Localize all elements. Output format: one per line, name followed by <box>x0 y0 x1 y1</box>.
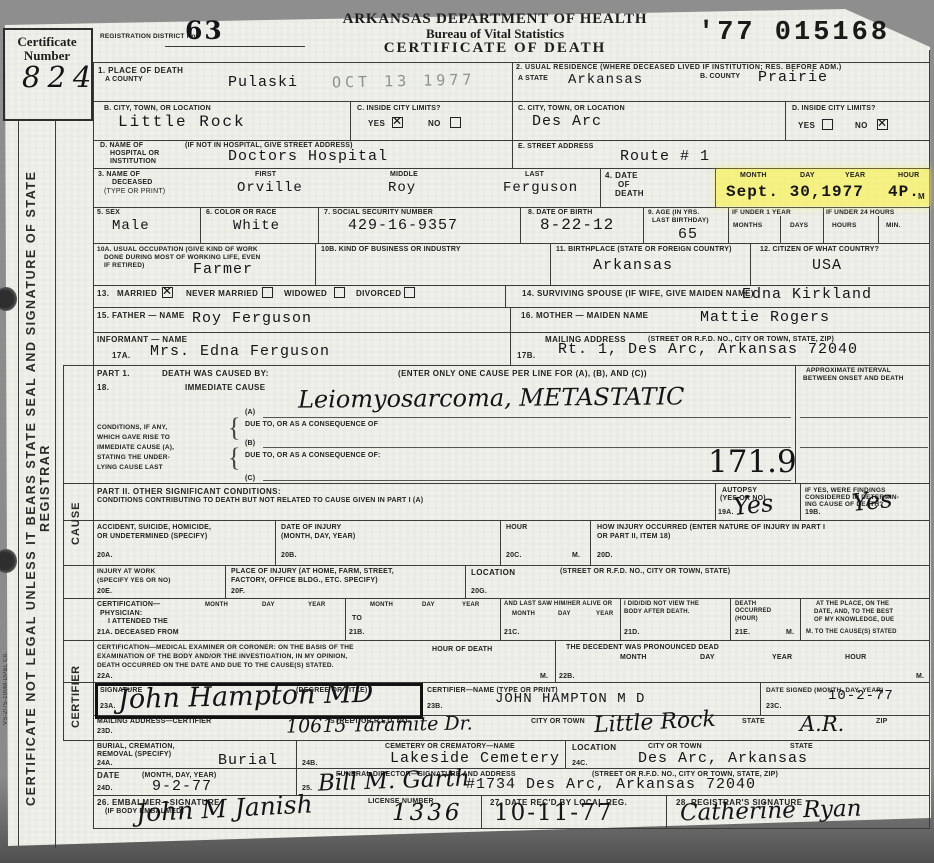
part1-due-to-label: DUE TO, OR AS A CONSEQUENCE OF <box>245 421 378 429</box>
s13-divorced-label: DIVORCED <box>356 289 401 298</box>
s11-birthplace-value: Arkansas <box>593 257 673 274</box>
s21c-number: 21C. <box>504 629 520 637</box>
s20e-label: (SPECIFY YES OR NO) <box>97 577 171 585</box>
s1a-label: A COUNTY <box>105 76 143 84</box>
s8-dob-value: 8-22-12 <box>540 216 614 234</box>
s3-last-label: LAST <box>525 171 544 179</box>
s17b-mailing-value: Rt. 1, Des Arc, Arkansas 72040 <box>558 341 858 358</box>
s21b-number: 21B. <box>349 629 365 637</box>
s14-label: 14. SURVIVING SPOUSE (IF WIFE, GIVE MAID… <box>522 289 754 298</box>
embalmer-license-handwritten: 1336 <box>392 800 463 826</box>
s20g-label: LOCATION <box>471 568 515 577</box>
s24c-number: 24C. <box>572 760 588 768</box>
s22a-label: DEATH OCCURRED ON THE DATE AND DUE TO TH… <box>97 662 334 670</box>
s9-age-value: 65 <box>678 226 698 243</box>
autopsy-value-handwritten: Yes <box>732 489 775 521</box>
part1-conditions-note: IMMEDIATE CAUSE (A), <box>97 444 174 452</box>
s17a-number: 17A. <box>112 351 131 360</box>
part1-interval-label: APPROXIMATE INTERVAL <box>806 367 891 375</box>
s10a-label: 10A. USUAL OCCUPATION (GIVE KIND OF WORK <box>97 246 258 254</box>
s22a-label: EXAMINATION OF THE BODY AND/OR THE INVES… <box>97 653 347 661</box>
s11-label: 11. BIRTHPLACE (STATE OR FOREIGN COUNTRY… <box>556 246 732 254</box>
s2b-county-value: Prairie <box>758 69 828 86</box>
s9-under1-label: IF UNDER 1 YEAR <box>732 209 791 217</box>
s9-under24-label: IF UNDER 24 HOURS <box>826 209 894 217</box>
s4-year-label: YEAR <box>845 172 865 180</box>
s21-to-label: TO <box>352 615 362 623</box>
autopsy-number: 19A. <box>718 509 734 517</box>
s5-label: 5. SEX <box>97 209 120 217</box>
s21-right-note: M. TO THE CAUSE(S) STATED <box>806 629 897 636</box>
s23-degree-label: (DEGREE OR TITLE) <box>296 687 367 695</box>
s21-right-note: OF MY KNOWLEDGE, DUE <box>814 617 894 624</box>
s2a-label: A STATE <box>518 75 548 83</box>
part1-interval-label: BETWEEN ONSET AND DEATH <box>803 375 904 383</box>
s2d-yes-label: YES <box>798 121 815 130</box>
funeral-director-address-value: #1734 Des Arc, Arkansas 72040 <box>466 776 756 793</box>
s9-hours-label: HOURS <box>832 222 856 230</box>
hole-punch <box>0 287 17 311</box>
cause-section-label: CAUSE <box>70 425 82 545</box>
findings-number: 19B. <box>805 509 821 517</box>
s1c-yes-checkbox-checked: ✕ <box>392 117 403 128</box>
cemetery-location-value: Des Arc, Arkansas <box>638 750 808 767</box>
part1-conditions-note: WHICH GAVE RISE TO <box>97 434 170 442</box>
s23a-number: 23A. <box>100 703 116 711</box>
s13-never-married-label: NEVER MARRIED <box>186 289 258 298</box>
s3-middle-label: MIDDLE <box>390 171 418 179</box>
s22b-label: THE DECEDENT WAS PRONOUNCED DEAD <box>566 644 719 652</box>
s22-meridiem: M. <box>540 673 548 681</box>
s24c-location-label: LOCATION <box>572 743 616 752</box>
s4-hour-label: HOUR <box>898 172 919 180</box>
s22-year-label: YEAR <box>772 654 792 662</box>
s20d-number: 20D. <box>597 552 613 560</box>
cause-a-handwritten-value: Leiomyosarcoma, METASTATIC <box>298 382 685 413</box>
s2c-city-value: Des Arc <box>532 113 602 130</box>
s21-day-label: DAY <box>262 602 275 609</box>
s4-hour-value: 4P. <box>888 183 920 201</box>
s4-day-label: DAY <box>800 172 815 180</box>
s21-month-label: MONTH <box>370 602 393 609</box>
s24d-date-label: DATE <box>97 771 120 780</box>
s4-date-value: Sept. 30,1977 <box>726 183 864 201</box>
s22-hour-label: HOUR <box>845 654 866 662</box>
burial-type-value: Burial <box>218 752 278 769</box>
s1a-county-value: Pulaski <box>228 74 298 91</box>
s10b-label: 10B. KIND OF BUSINESS OR INDUSTRY <box>321 246 461 254</box>
s21d-label: BODY AFTER DEATH. <box>624 609 690 616</box>
s20c-meridiem: M. <box>572 552 580 560</box>
s20b-label: DATE OF INJURY <box>281 524 341 532</box>
s23d-number: 23D. <box>97 728 113 736</box>
s3-title-note: (TYPE OR PRINT) <box>104 188 165 196</box>
s24a-label: REMOVAL (SPECIFY) <box>97 751 171 759</box>
registration-district-label: REGISTRATION DISTRICT No. <box>100 33 198 41</box>
s20c-number: 20C. <box>506 552 522 560</box>
part2-title: PART II. OTHER SIGNIFICANT CONDITIONS: <box>97 487 281 496</box>
s21a-number: 21A. DECEASED FROM <box>97 629 179 637</box>
s21-right-note: AT THE PLACE, ON THE <box>816 601 889 608</box>
s17b-number: 17B. <box>517 351 536 360</box>
s3-title: DECEASED <box>112 179 153 187</box>
s6-race-value: White <box>233 218 280 234</box>
s3-middle-value: Roy <box>388 180 416 196</box>
s9-label: 9. AGE (IN YRS. <box>648 209 699 217</box>
s1c-no-label: NO <box>428 119 441 128</box>
s12-citizen-value: USA <box>812 257 842 274</box>
s22-day-label: DAY <box>700 654 715 662</box>
s21e-number: 21E. <box>735 629 750 637</box>
s20b-number: 20B. <box>281 552 297 560</box>
s9-min-label: MIN. <box>886 222 901 230</box>
s21-cert-label: CERTIFICATION— <box>97 601 160 609</box>
s24a-number: 24A. <box>97 760 113 768</box>
s1c-label: C. INSIDE CITY LIMITS? <box>357 105 441 113</box>
part1-item-number: 18. <box>97 383 109 392</box>
s3-first-value: Orville <box>237 180 303 196</box>
s2d-no-checkbox-checked: ✕ <box>877 119 888 130</box>
s6-label: 6. COLOR OR RACE <box>206 209 276 217</box>
s16-mother-value: Mattie Rogers <box>700 309 830 326</box>
s20c-label: HOUR <box>506 524 527 532</box>
s13-widowed-label: WIDOWED <box>284 289 327 298</box>
s21e-label: OCCURRED <box>735 608 771 615</box>
s20a-number: 20A. <box>97 552 113 560</box>
funeral-director-signature-handwritten: Bill M. Garth <box>318 765 470 796</box>
s20g-note: (STREET OR R.F.D. NO., CITY OR TOWN, STA… <box>560 568 730 576</box>
s21-month-label: MONTH <box>512 611 535 618</box>
s21e-meridiem: M. <box>786 629 794 637</box>
s17a-informant-value: Mrs. Edna Ferguson <box>150 343 330 360</box>
s20b-label: (MONTH, DAY, YEAR) <box>281 533 355 541</box>
s13-divorced-checkbox <box>404 287 415 298</box>
brace-glyph: { <box>228 443 240 473</box>
s21-day-label: DAY <box>422 602 435 609</box>
s24b-number: 24B. <box>302 760 318 768</box>
s2d-no-label: NO <box>855 121 868 130</box>
cause-a-label: (A) <box>245 409 255 417</box>
s23d-zip-label: ZIP <box>876 718 888 726</box>
findings-value-handwritten: Yes <box>851 485 894 517</box>
s20e-label: INJURY AT WORK <box>97 568 155 576</box>
s16-label: 16. MOTHER — MAIDEN NAME <box>521 311 648 320</box>
part1-caused-by: DEATH WAS CAUSED BY: <box>162 369 269 378</box>
part1-due-to-label: DUE TO, OR AS A CONSEQUENCE OF: <box>245 452 381 460</box>
s21-right-note: DATE, AND, TO THE BEST <box>814 609 893 616</box>
side-legal-text: CERTIFICATE NOT LEGAL UNLESS IT BEARS ST… <box>24 128 52 848</box>
s4-hour-meridiem: M <box>918 192 925 201</box>
s2e-label: E. STREET ADDRESS <box>518 143 594 151</box>
s12-label: 12. CITIZEN OF WHAT COUNTRY? <box>760 246 879 254</box>
s1d-hospital-value: Doctors Hospital <box>228 148 388 165</box>
s21-month-label: MONTH <box>205 602 228 609</box>
s1b-city-value: Little Rock <box>118 113 246 131</box>
s4-title: OF <box>618 180 630 189</box>
s2e-street-value: Route # 1 <box>620 148 710 165</box>
s22b-number: 22B. <box>559 673 575 681</box>
s21-day-label: DAY <box>558 611 571 618</box>
certifier-street-handwritten: 10615 Taramite Dr. <box>286 712 473 737</box>
part1-note: (ENTER ONLY ONE CAUSE PER LINE FOR (A), … <box>398 369 647 378</box>
registration-district-value: 63 <box>185 16 224 45</box>
s23d-state-label: STATE <box>742 718 765 726</box>
s20f-label: FACTORY, OFFICE BLDG., ETC. SPECIFY) <box>231 577 378 585</box>
s1c-yes-label: YES <box>368 119 385 128</box>
certificate-number-value: 824 <box>22 60 98 94</box>
s20a-label: ACCIDENT, SUICIDE, HOMICIDE, <box>97 524 211 532</box>
s14-spouse-value: Edna Kirkland <box>742 286 872 303</box>
s10a-label: IF RETIRED) <box>104 262 144 270</box>
s22-month-label: MONTH <box>620 654 647 662</box>
s21c-label: AND LAST SAW HIM/HER ALIVE OR <box>504 601 612 608</box>
s10a-occupation-value: Farmer <box>193 261 253 278</box>
s21d-label: I DID/DID NOT VIEW THE <box>624 601 699 608</box>
s22-meridiem: M. <box>916 673 924 681</box>
header-title: CERTIFICATE OF DEATH <box>280 40 710 57</box>
s1c-no-checkbox <box>450 117 461 128</box>
cause-c-label: (C) <box>245 475 255 483</box>
s23d-mailing-label: MAILING ADDRESS—CERTIFIER <box>97 718 211 726</box>
part1-title: PART 1. <box>97 369 130 378</box>
s2d-yes-checkbox <box>822 119 833 130</box>
s20d-label: OR PART II, ITEM 18) <box>597 533 671 541</box>
s7-ssn-value: 429-16-9357 <box>348 217 458 234</box>
s22a-label: CERTIFICATION—MEDICAL EXAMINER OR CORONE… <box>97 644 354 652</box>
form-edge-note: VS-2/75-100M-DP&L Co. <box>3 595 9 725</box>
s2d-label: D. INSIDE CITY LIMITS? <box>792 105 876 113</box>
s4-month-label: MONTH <box>740 172 767 180</box>
certifier-section-label: CERTIFIER <box>70 618 82 728</box>
s21-year-label: YEAR <box>462 602 479 609</box>
s22a-number: 22A. <box>97 673 113 681</box>
s2a-state-value: Arkansas <box>568 72 643 88</box>
certifier-city-handwritten: Little Rock <box>593 707 716 738</box>
s20f-number: 20F. <box>231 588 245 596</box>
s3-last-value: Ferguson <box>503 180 578 196</box>
part1-conditions-note: CONDITIONS, IF ANY, <box>97 424 167 432</box>
s13-married-label: MARRIED <box>117 289 157 298</box>
s21-year-label: YEAR <box>596 611 613 618</box>
s1d-label: INSTITUTION <box>110 158 156 166</box>
s2b-label: B. COUNTY <box>700 73 740 81</box>
s3-first-label: FIRST <box>255 171 276 179</box>
s5-sex-value: Male <box>112 218 150 234</box>
s13-never-married-checkbox <box>262 287 273 298</box>
s1-title: 1. PLACE OF DEATH <box>98 66 183 75</box>
registrar-signature-handwritten: Catherine Ryan <box>680 796 862 827</box>
s4-title: 4. DATE <box>605 171 638 180</box>
s13-number: 13. <box>97 289 109 298</box>
s21-attended-label: I ATTENDED THE <box>108 618 168 626</box>
part1-conditions-note: STATING THE UNDER- <box>97 454 170 462</box>
cause-code-handwritten: 171.9 <box>708 444 797 480</box>
s15-label: 15. FATHER — NAME <box>97 311 185 320</box>
s9-label: LAST BIRTHDAY) <box>652 217 709 225</box>
s24d-number: 24D. <box>97 785 113 793</box>
part2-subtitle: CONDITIONS CONTRIBUTING TO DEATH BUT NOT… <box>97 497 423 505</box>
s23c-number: 23C. <box>766 703 782 711</box>
hole-punch <box>0 549 17 573</box>
s23b-number: 23B. <box>427 703 443 711</box>
scanned-death-certificate: CERTIFICATE NOT LEGAL UNLESS IT BEARS ST… <box>0 0 934 863</box>
s4-title: DEATH <box>615 189 644 198</box>
s22-hour-of-death-label: HOUR OF DEATH <box>432 646 492 654</box>
certifier-name-typed: JOHN HAMPTON M D <box>495 691 645 707</box>
s21e-label: (HOUR) <box>735 616 758 623</box>
certificate-serial-number: '77 015168 <box>698 18 890 48</box>
s20d-label: HOW INJURY OCCURRED (ENTER NATURE OF INJ… <box>597 524 825 532</box>
s13-widowed-checkbox <box>334 287 345 298</box>
s9-months-label: MONTHS <box>733 222 762 230</box>
cemetery-name-value: Lakeside Cemetery <box>390 750 560 767</box>
s21-year-label: YEAR <box>308 602 325 609</box>
s20a-label: OR UNDETERMINED (SPECIFY) <box>97 533 207 541</box>
s15-father-value: Roy Ferguson <box>192 310 312 327</box>
s21d-number: 21D. <box>624 629 640 637</box>
certifier-state-handwritten: A.R. <box>800 712 844 736</box>
brace-glyph: { <box>228 413 240 443</box>
s20g-number: 20G. <box>471 588 487 596</box>
part1-conditions-note: LYING CAUSE LAST <box>97 464 163 472</box>
s20e-number: 20E. <box>97 588 112 596</box>
part1-immediate-cause-label: IMMEDIATE CAUSE <box>185 383 266 392</box>
s13-married-checkbox-checked: ✕ <box>162 287 173 298</box>
s20f-label: PLACE OF INJURY (AT HOME, FARM, STREET, <box>231 568 394 576</box>
s23d-city-label: CITY OR TOWN <box>531 718 585 726</box>
burial-date-value: 9-2-77 <box>152 778 212 795</box>
s9-days-label: DAYS <box>790 222 808 230</box>
date-received-handwritten: 10-11-77 <box>494 800 613 826</box>
date-signed-value: 10-2-77 <box>828 688 894 704</box>
cause-b-label: (B) <box>245 440 255 448</box>
received-date-stamp: OCT 13 1977 <box>332 71 476 92</box>
